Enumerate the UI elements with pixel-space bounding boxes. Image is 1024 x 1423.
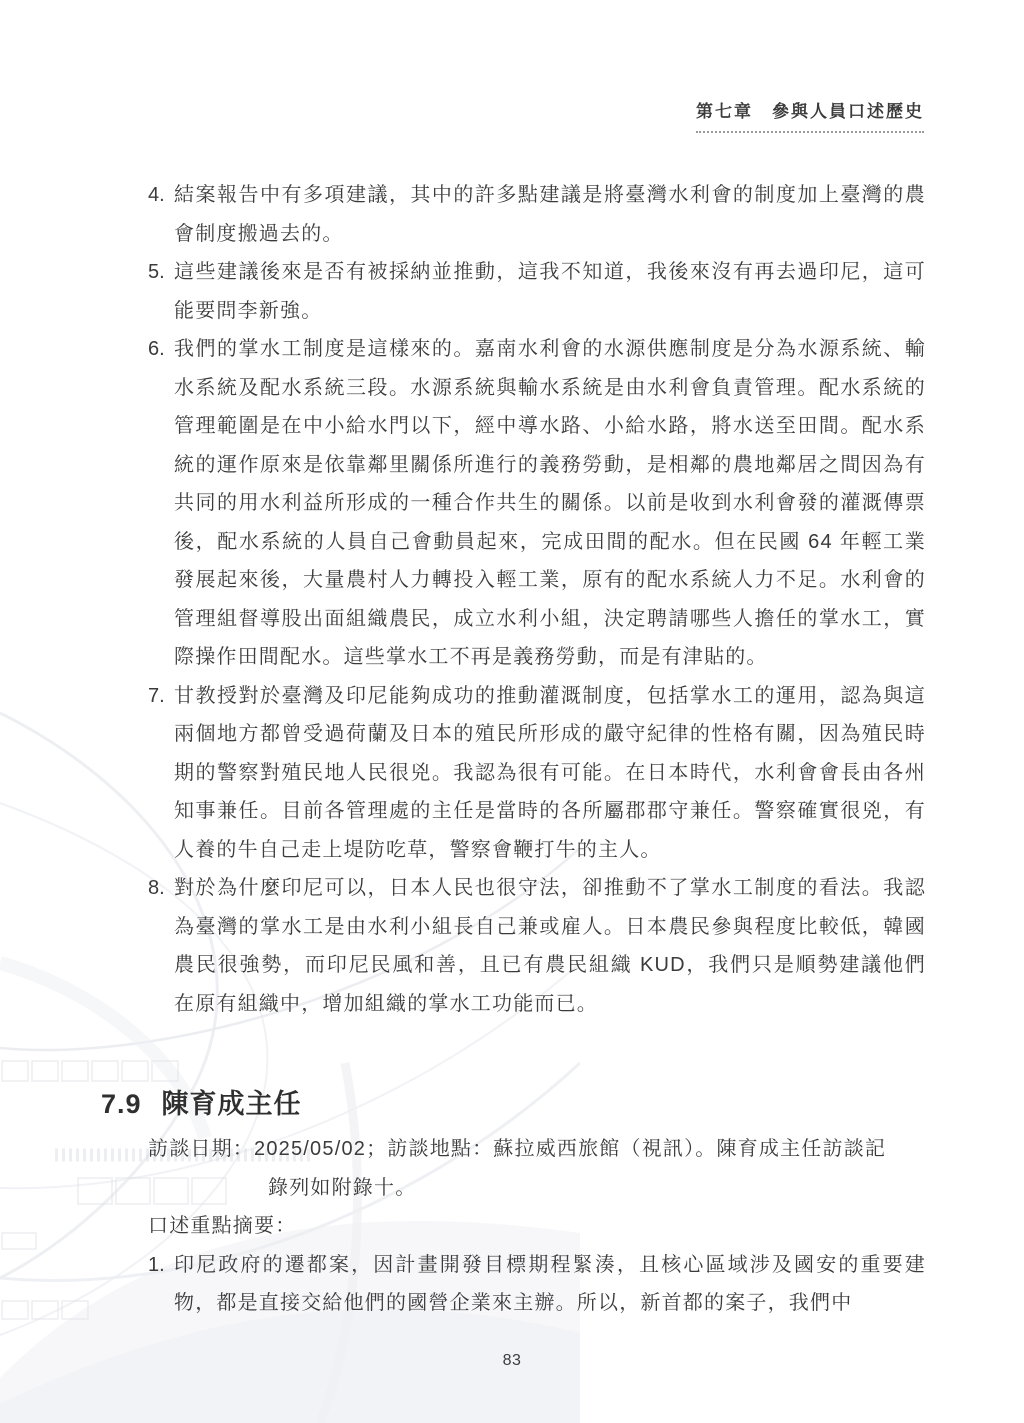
page-number: 83 <box>0 1352 1024 1370</box>
list-item-number: 1. <box>148 1246 174 1323</box>
list-item-number: 7. <box>148 677 174 870</box>
list-item: 1. 印尼政府的遷都案，因計畫開發目標期程緊湊，且核心區域涉及國安的重要建物，都… <box>148 1246 926 1323</box>
list-item: 7. 甘教授對於臺灣及印尼能夠成功的推動灌溉制度，包括掌水工的運用，認為與這兩個… <box>148 677 926 870</box>
list-item: 8. 對於為什麼印尼可以，日本人民也很守法，卻推動不了掌水工制度的看法。我認為臺… <box>148 869 926 1023</box>
document-page: 第七章 參與人員口述歷史 4. 結案報告中有多項建議，其中的許多點建議是將臺灣水… <box>0 0 1024 1423</box>
section-title: 陳育成主任 <box>162 1082 302 1121</box>
chapter-header: 第七章 參與人員口述歷史 <box>696 97 924 133</box>
list-item-number: 5. <box>148 253 174 330</box>
list-item: 4. 結案報告中有多項建議，其中的許多點建議是將臺灣水利會的制度加上臺灣的農會制… <box>148 176 926 253</box>
list-item-number: 6. <box>148 330 174 677</box>
list-item-text: 結案報告中有多項建議，其中的許多點建議是將臺灣水利會的制度加上臺灣的農會制度搬過… <box>174 176 926 253</box>
section-heading: 7.9 陳育成主任 <box>101 1082 302 1121</box>
section-number: 7.9 <box>101 1089 142 1120</box>
list-item-text: 對於為什麼印尼可以，日本人民也很守法，卻推動不了掌水工制度的看法。我認為臺灣的掌… <box>174 869 926 1023</box>
interview-meta-line: 錄列如附錄十。 <box>268 1169 926 1208</box>
summary-label: 口述重點摘要： <box>148 1207 926 1246</box>
list-item-text: 這些建議後來是否有被採納並推動，這我不知道，我後來沒有再去過印尼，這可能要問李新… <box>174 253 926 330</box>
interview-meta-line: 訪談日期：2025/05/02；訪談地點：蘇拉威西旅館（視訊）。陳育成主任訪談記 <box>148 1130 926 1169</box>
list-item-text: 印尼政府的遷都案，因計畫開發目標期程緊湊，且核心區域涉及國安的重要建物，都是直接… <box>174 1246 926 1323</box>
list-item: 6. 我們的掌水工制度是這樣來的。嘉南水利會的水源供應制度是分為水源系統、輸水系… <box>148 330 926 677</box>
section-body: 訪談日期：2025/05/02；訪談地點：蘇拉威西旅館（視訊）。陳育成主任訪談記… <box>148 1130 926 1323</box>
list-item: 5. 這些建議後來是否有被採納並推動，這我不知道，我後來沒有再去過印尼，這可能要… <box>148 253 926 330</box>
oral-history-list: 4. 結案報告中有多項建議，其中的許多點建議是將臺灣水利會的制度加上臺灣的農會制… <box>148 176 926 1023</box>
list-item-text: 甘教授對於臺灣及印尼能夠成功的推動灌溉制度，包括掌水工的運用，認為與這兩個地方都… <box>174 677 926 870</box>
list-item-number: 8. <box>148 869 174 1023</box>
list-item-number: 4. <box>148 176 174 253</box>
list-item-text: 我們的掌水工制度是這樣來的。嘉南水利會的水源供應制度是分為水源系統、輸水系統及配… <box>174 330 926 677</box>
